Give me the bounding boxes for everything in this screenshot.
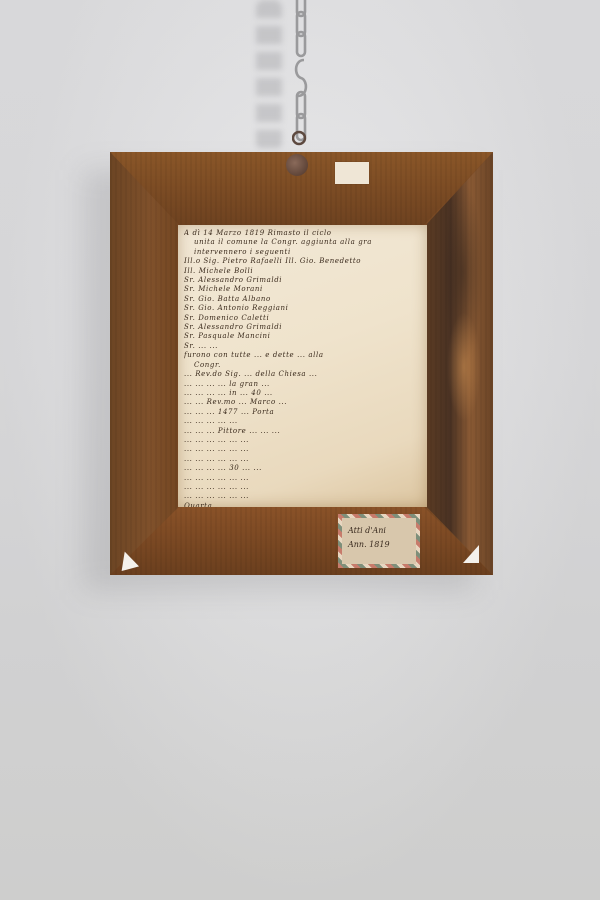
- manuscript-line: unita il comune la Congr. aggiunta alla …: [184, 238, 422, 247]
- worn-patch: [447, 312, 481, 422]
- manuscript-line: ... ... ... Pittore ... ... ...: [184, 427, 422, 436]
- manuscript-line: ... ... ... ... ... ...: [184, 483, 422, 492]
- manuscript-line: intervennero i seguenti: [184, 248, 422, 257]
- manuscript-line: ... ... ... ... 30 ... ...: [184, 464, 422, 473]
- manuscript-line: Ill.o Sig. Pietro Rafaelli Ill. Gio. Ben…: [184, 257, 422, 266]
- manuscript-line: Ill. Michele Bolli: [184, 267, 422, 276]
- manuscript-text: A dì 14 Marzo 1819 Rimasto il ciclo unit…: [184, 229, 422, 507]
- manuscript-line: Sr. Pasquale Mancini: [184, 332, 422, 341]
- manuscript-line: Sr. Michele Morani: [184, 285, 422, 294]
- manuscript-line: ... ... ... ... ... ...: [184, 436, 422, 445]
- manuscript-line: A dì 14 Marzo 1819 Rimasto il ciclo: [184, 229, 422, 238]
- manuscript-line: Sr. Alessandro Grimaldi: [184, 323, 422, 332]
- manuscript-line: ... ... ... ... in ... 40 ...: [184, 389, 422, 398]
- hanger-ring: [286, 154, 308, 176]
- hanging-chain: [292, 0, 310, 150]
- wooden-frame: A dì 14 Marzo 1819 Rimasto il ciclo unit…: [110, 152, 493, 575]
- manuscript-line: Sr. Alessandro Grimaldi: [184, 276, 422, 285]
- manuscript-line: Sr. Gio. Antonio Reggiani: [184, 304, 422, 313]
- manuscript-line: ... Rev.do Sig. ... della Chiesa ...: [184, 370, 422, 379]
- manuscript-line: Sr. ... ...: [184, 342, 422, 351]
- label-line: Ann. 1819: [348, 538, 390, 552]
- corner-paper-right: [463, 545, 479, 563]
- decorative-label: Atti d'Ani Ann. 1819: [338, 514, 420, 568]
- manuscript-line: ... ... ... ... ... ...: [184, 445, 422, 454]
- frame-left-rail: [110, 152, 178, 575]
- manuscript-line: Congr.: [184, 361, 422, 370]
- manuscript-line: ... ... ... ... ... ...: [184, 474, 422, 483]
- manuscript-line: Sr. Gio. Batta Albano: [184, 295, 422, 304]
- manuscript-line: ... ... Rev.mo ... Marco ...: [184, 398, 422, 407]
- manuscript-line: ... ... ... ... ...: [184, 417, 422, 426]
- paper-tag-top: [335, 162, 369, 184]
- manuscript-line: Sr. Domenico Caletti: [184, 314, 422, 323]
- chain-shadow: [256, 0, 282, 150]
- manuscript-line: ... ... ... ... ... ...: [184, 455, 422, 464]
- manuscript-line: Quarta ... ... ... ...: [184, 502, 422, 507]
- manuscript-line: furono con tutte ... e dette ... alla: [184, 351, 422, 360]
- manuscript-line: ... ... ... 1477 ... Porta: [184, 408, 422, 417]
- manuscript-line: ... ... ... ... ... ...: [184, 492, 422, 501]
- label-line: Atti d'Ani: [348, 524, 390, 538]
- manuscript-line: ... ... ... ... la gran ...: [184, 380, 422, 389]
- handwritten-manuscript: A dì 14 Marzo 1819 Rimasto il ciclo unit…: [178, 225, 427, 507]
- label-text: Atti d'Ani Ann. 1819: [348, 524, 390, 552]
